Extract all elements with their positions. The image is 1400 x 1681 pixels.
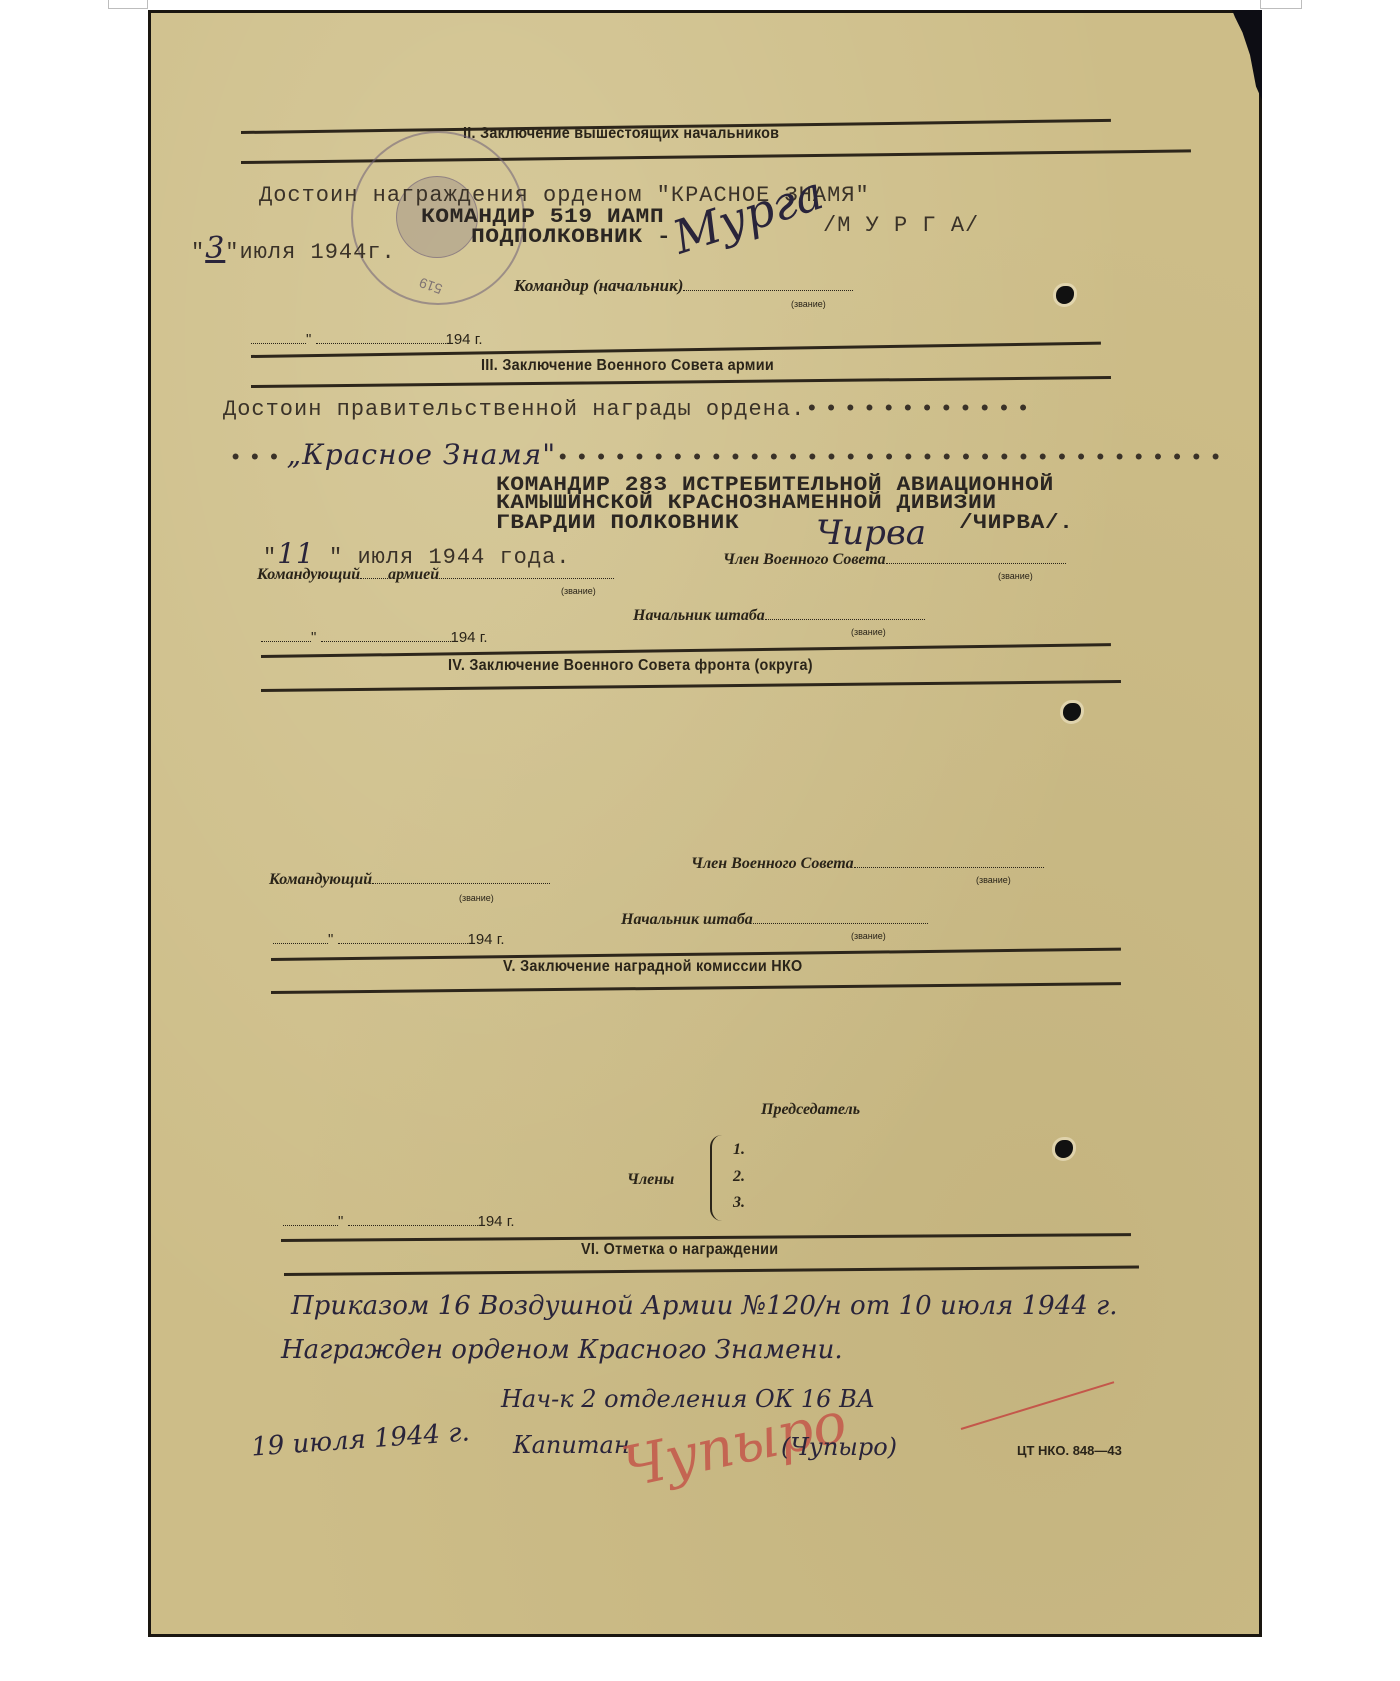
blank-date-line: " 194 г. <box>251 331 483 348</box>
members-brace <box>710 1135 726 1221</box>
marking-rank: Капитан <box>513 1431 630 1459</box>
members-label: Члены <box>627 1171 674 1189</box>
rule <box>261 680 1121 692</box>
council-member-label: Член Военного Совета <box>723 551 1066 569</box>
section-3-name: /ЧИРВА/. <box>959 511 1073 534</box>
chief-of-staff-label: Начальник штаба <box>621 911 928 929</box>
chief-of-staff-label: Начальник штаба <box>633 607 925 625</box>
form-code: ЦТ НКО. 848—43 <box>1017 1443 1122 1458</box>
section-4-heading: IV. Заключение Военного Совета фронта (о… <box>448 657 813 675</box>
section-3-heading: III. Заключение Военного Совета армии <box>481 357 774 375</box>
rank-hint: (звание) <box>851 931 886 941</box>
member-3: 3. <box>733 1194 745 1212</box>
punch-hole <box>1063 703 1081 721</box>
blank-date-line: " 194 г. <box>273 931 505 948</box>
section-2-date-rest: июля 1944г. <box>240 240 396 265</box>
section-2-date-day: 3 <box>205 231 225 266</box>
army-commander-label: Командующийармией <box>257 566 614 584</box>
council-member-label: Член Военного Совета <box>691 855 1044 873</box>
red-signature-stroke <box>961 1381 1115 1430</box>
punch-hole <box>1055 1140 1073 1158</box>
viewer-frame-right-tick <box>1260 0 1302 9</box>
rank-hint: (звание) <box>976 875 1011 885</box>
rank-hint: (звание) <box>998 571 1033 581</box>
section-6-heading: VI. Отметка о награждении <box>581 1241 778 1259</box>
marking-date: 19 июля 1944 г. <box>250 1417 470 1462</box>
section-2-heading: II. Заключение вышестоящих начальников <box>463 125 779 143</box>
member-1: 1. <box>733 1141 745 1159</box>
punch-hole <box>1056 286 1074 304</box>
rank-hint: (звание) <box>561 586 596 596</box>
section-2-typed-rank: ПОДПОЛКОВНИК - <box>471 225 671 248</box>
rank-hint: (звание) <box>791 299 826 309</box>
section-2-signature: Мурга <box>666 166 829 265</box>
section-3-typed-cmd3: ГВАРДИИ ПОЛКОВНИК <box>496 511 739 534</box>
blank-date-line: " 194 г. <box>283 1213 515 1230</box>
viewer-frame-left-tick <box>108 0 148 9</box>
blank-date-line: " 194 г. <box>261 629 488 646</box>
section-5-heading: V. Заключение наградной комиссии НКО <box>503 958 802 976</box>
rule <box>271 982 1121 994</box>
commander-label: Командир (начальник) <box>514 276 853 296</box>
award-granted-line: Награжден орденом Красного Знамени. <box>281 1335 843 1365</box>
section-2-name: /М У Р Г А/ <box>823 213 979 238</box>
torn-corner <box>1232 10 1262 100</box>
rule <box>251 376 1111 388</box>
rank-hint: (звание) <box>851 627 886 637</box>
section-3-typed-line1: Достоин правительственной награды ордена… <box>223 397 1036 422</box>
award-order-line: Приказом 16 Воздушной Армии №120/н от 10… <box>291 1291 1117 1321</box>
chairman-label: Председатель <box>761 1101 860 1119</box>
document-page: II. Заключение вышестоящих начальников 5… <box>148 10 1262 1637</box>
member-2: 2. <box>733 1168 745 1186</box>
rule <box>284 1266 1139 1276</box>
rank-hint: (звание) <box>459 893 494 903</box>
section-3-signature: Чирва <box>816 513 926 553</box>
section-2-date: "3"июля 1944г. <box>191 231 396 266</box>
marking-name: (Чупыро) <box>781 1433 897 1461</box>
front-commander-label: Командующий <box>269 871 550 889</box>
section-3-award-line: •••„Красное Знамя"••••••••••••••••••••••… <box>229 438 1228 471</box>
